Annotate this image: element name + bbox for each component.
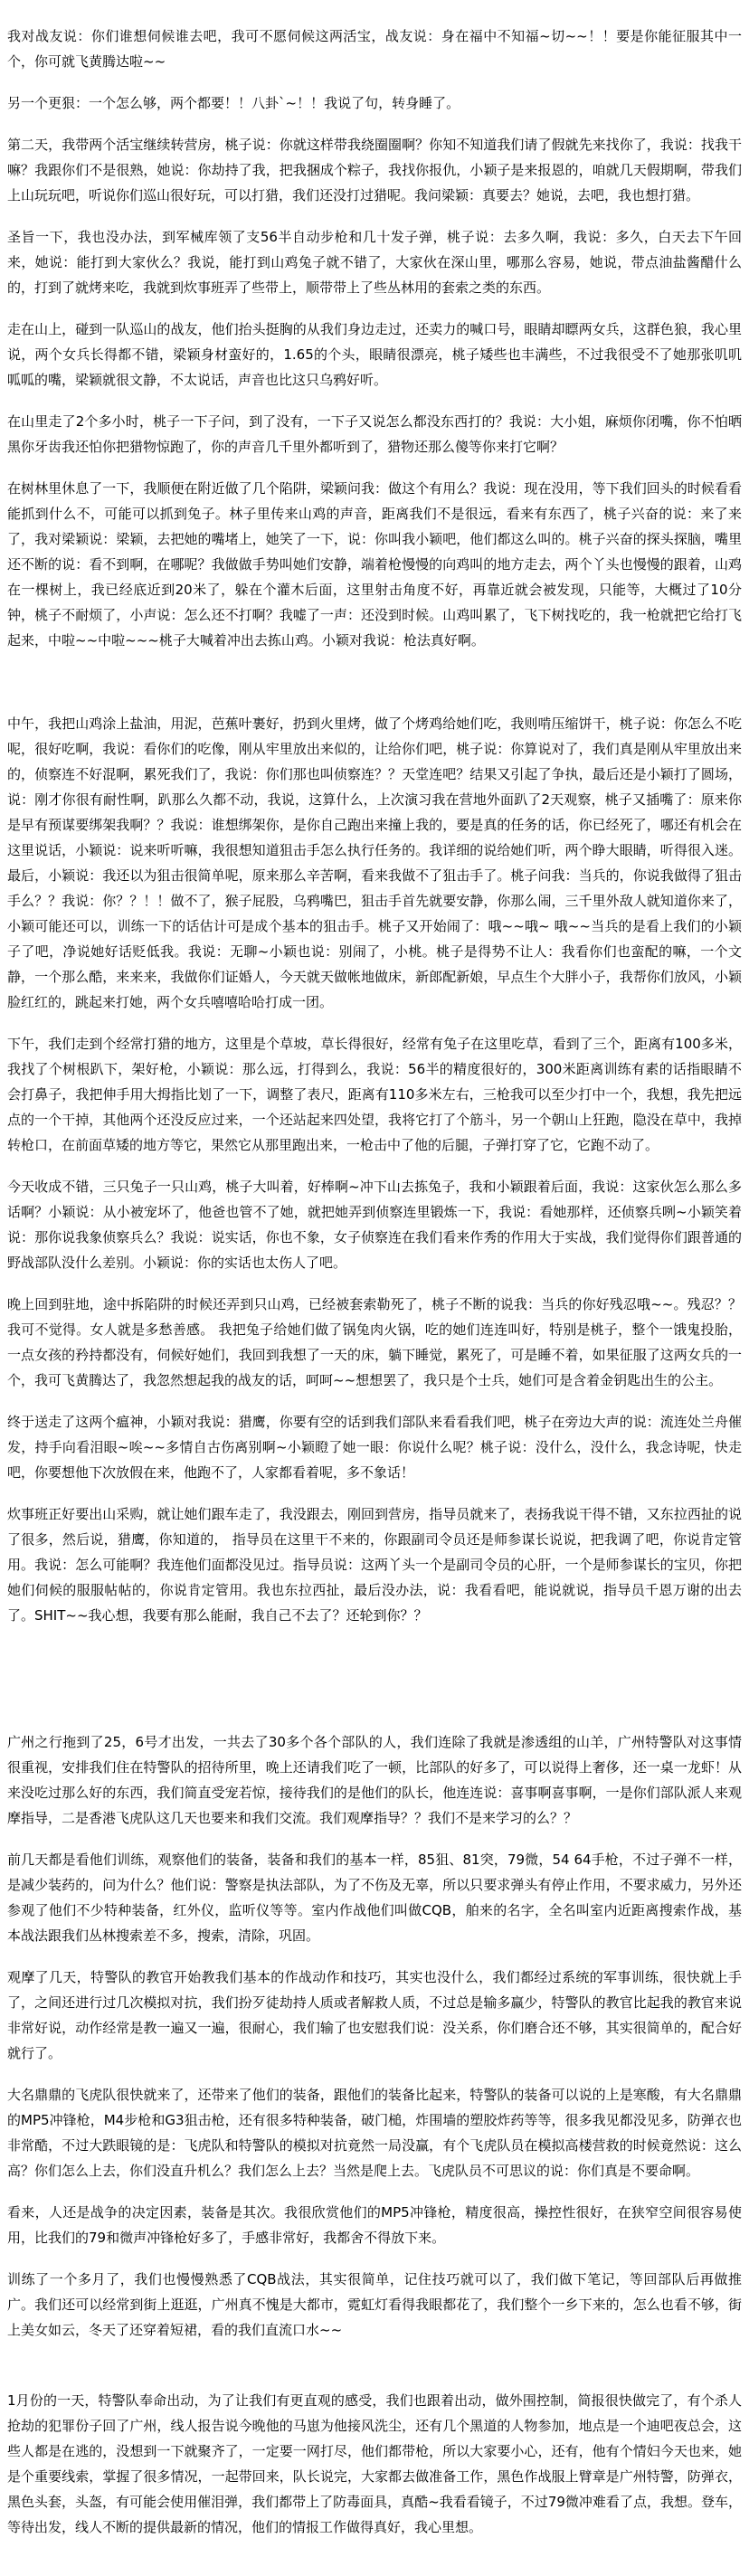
paragraph: 1月份的一天，特警队奉命出动，为了让我们有更直观的感受，我们也跟着出动，做外围控… bbox=[7, 2388, 742, 2540]
paragraph: 在山里走了2个多小时，桃子一下子问，到了没有，一下子又说怎么都没东西打的？我说：… bbox=[7, 409, 742, 459]
paragraph: 终于送走了这两个瘟神，小颖对我说：猎鹰，你要有空的话到我们部队来看看我们吧，桃子… bbox=[7, 1409, 742, 1485]
paragraph: 大名鼎鼎的飞虎队很快就来了，还带来了他们的装备，跟他们的装备比起来，特警队的装备… bbox=[7, 2082, 742, 2183]
paragraph: 第二天，我带两个活宝继续转营房，桃子说：你就这样带我绕圈圈啊？你知不知道我们请了… bbox=[7, 132, 742, 208]
paragraph: 看来，人还是战争的决定因素，装备是其次。我很欣赏他们的MP5冲锋枪，精度很高，操… bbox=[7, 2200, 742, 2250]
paragraph: 炊事班正好要出山采购，就让她们跟车走了，我没跟去，刚回到营房，指导员就来了，表扬… bbox=[7, 1501, 742, 1628]
paragraph: 下午，我们走到个经常打猎的地方，这里是个草坡，草长得很好，经常有兔子在这里吃草，… bbox=[7, 1031, 742, 1158]
paragraph: 圣旨一下，我也没办法，到军械库领了支56半自动步枪和几十发子弹，桃子说：去多久啊… bbox=[7, 224, 742, 300]
paragraph: 另一个更狠：一个怎么够，两个都要！！八卦`~！！我说了句，转身睡了。 bbox=[7, 90, 742, 116]
document-body: 我对战友说：你们谁想伺候谁去吧，我可不愿伺候这两活宝，战友说：身在福中不知福~切… bbox=[0, 0, 749, 2576]
paragraph: 晚上回到驻地，途中拆陷阱的时候还弄到只山鸡，已经被套索勒死了，桃子不断的说我：当… bbox=[7, 1292, 742, 1393]
paragraph: 观摩了几天，特警队的教官开始教我们基本的作战动作和技巧，其实也没什么，我们都经过… bbox=[7, 1965, 742, 2066]
paragraph: 今天收成不错，三只兔子一只山鸡，桃子大叫着，好棒啊~冲下山去拣兔子，我和小颖跟着… bbox=[7, 1174, 742, 1275]
paragraph: 在树林里休息了一下，我顺便在附近做了几个陷阱，梁颖问我：做这个有用么？我说：现在… bbox=[7, 476, 742, 653]
paragraph: 前几天都是看他们训练，观察他们的装备，装备和我们的基本一样，85狙、81突，79… bbox=[7, 1847, 742, 1948]
paragraph: 广州之行拖到了25，6号才出发，一共去了30多个各个部队的人，我们连除了我就是渗… bbox=[7, 1729, 742, 1831]
paragraph: 我对战友说：你们谁想伺候谁去吧，我可不愿伺候这两活宝，战友说：身在福中不知福~切… bbox=[7, 24, 742, 74]
paragraph: 中午，我把山鸡涂上盐油，用泥，芭蕉叶裹好，扔到火里烤，做了个烤鸡给她们吃，我则啃… bbox=[7, 711, 742, 1015]
paragraph: 走在山上，碰到一队巡山的战友，他们抬头挺胸的从我们身边走过，还卖力的喊口号，眼睛… bbox=[7, 317, 742, 393]
paragraph: 训练了一个多月了，我们也慢慢熟悉了CQB战法，其实很简单，记住技巧就可以了，我们… bbox=[7, 2267, 742, 2343]
